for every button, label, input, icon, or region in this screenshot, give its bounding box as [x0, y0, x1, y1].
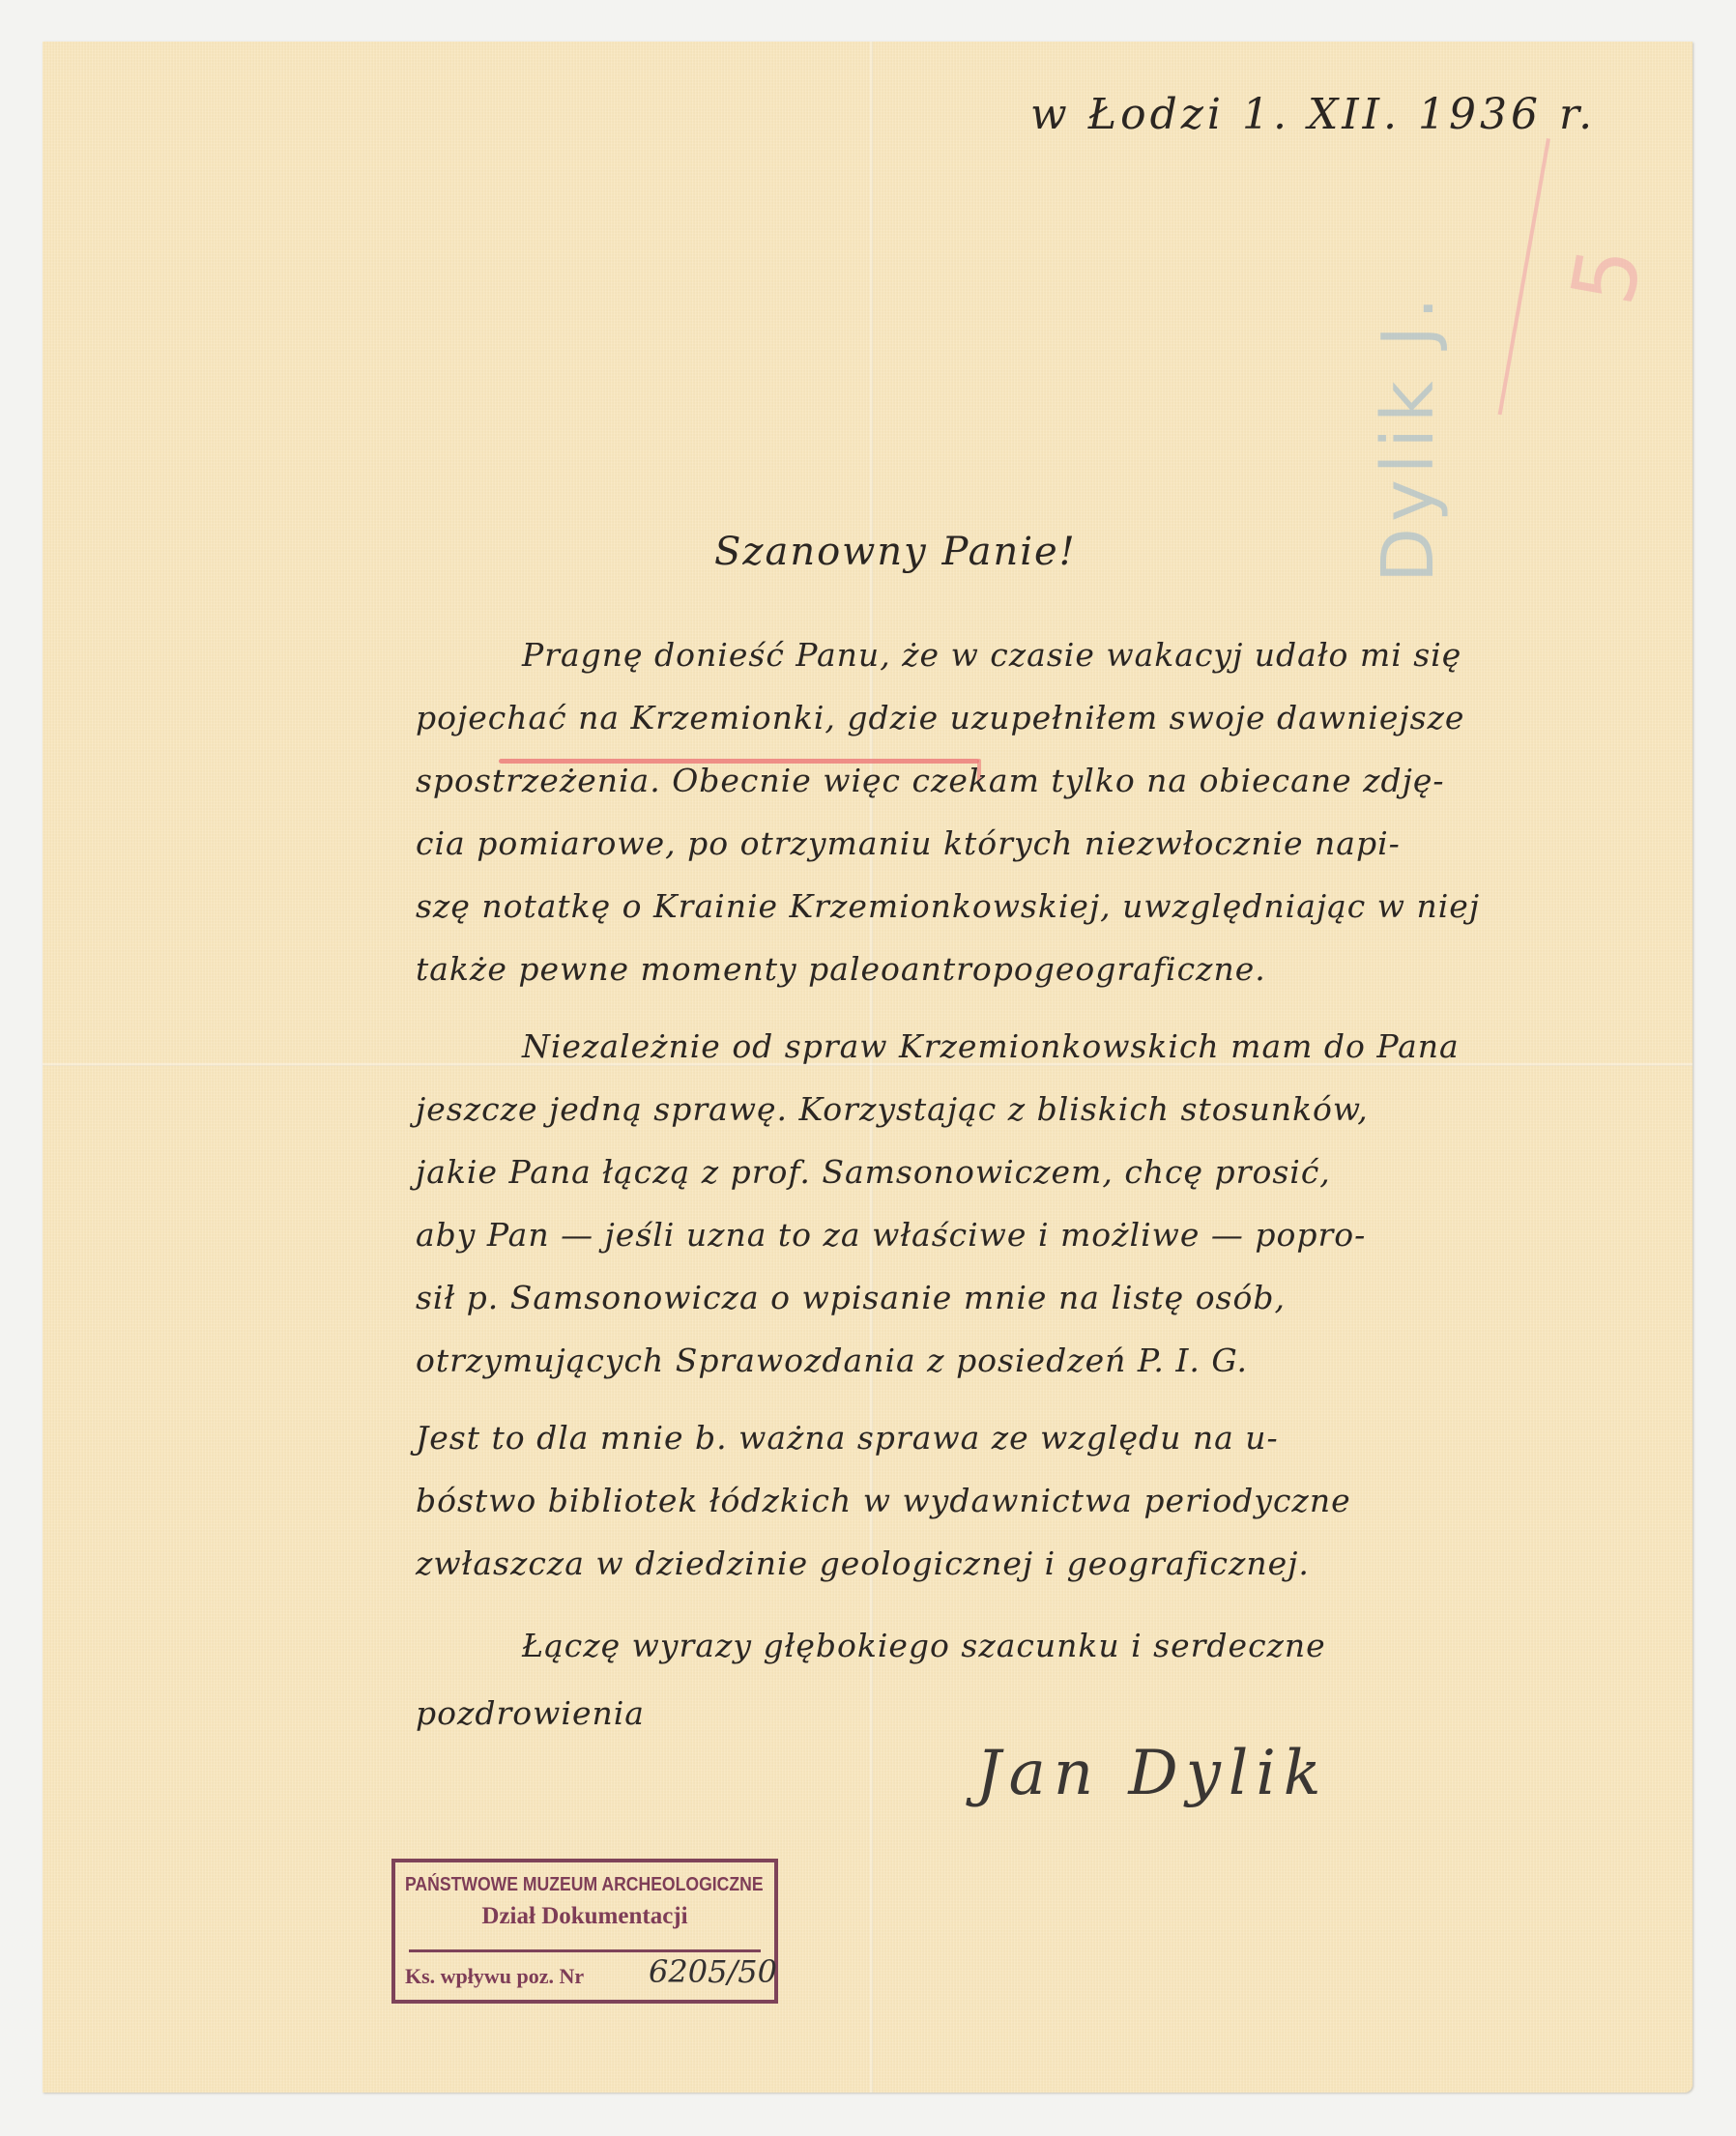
place-date: w Łodzi 1. XII. 1936 r. [1030, 90, 1596, 139]
body-line: jakie Pana łączą z prof. Samsonowiczem, … [416, 1153, 1331, 1191]
body-line: Niezależnie od spraw Krzemionkowskich ma… [522, 1027, 1460, 1065]
red-pencil-annotation: 5 [1552, 240, 1662, 312]
vertical-fold-line [870, 42, 873, 2093]
body-line: zwłaszcza w dziedzinie geologicznej i ge… [416, 1544, 1310, 1582]
closing-line: Łączę wyrazy głębokiego szacunku i serde… [522, 1627, 1326, 1664]
stamp-register-number: 6205/50 [649, 1953, 777, 1990]
body-line: cia pomiarowe, po otrzymaniu których nie… [416, 824, 1401, 862]
museum-stamp: PAŃSTWOWE MUZEUM ARCHEOLOGICZNE Dział Do… [391, 1859, 778, 2004]
body-line: sił p. Samsonowicza o wpisanie mnie na l… [416, 1279, 1286, 1316]
body-line: pojechać na Krzemionki, gdzie uzupełniłe… [416, 699, 1464, 736]
body-line: także pewne momenty paleoantropogeografi… [416, 950, 1266, 988]
body-line: jeszcze jedną sprawę. Korzystając z blis… [416, 1090, 1369, 1128]
body-line: szę notatkę o Krainie Krzemionkowskiej, … [416, 887, 1480, 925]
body-line: aby Pan — jeśli uzna to za właściwe i mo… [416, 1216, 1366, 1254]
body-line: otrzymujących Sprawozdania z posiedzeń P… [416, 1342, 1248, 1379]
body-line: Pragnę donieść Panu, że w czasie wakacyj… [522, 636, 1461, 674]
stamp-divider [409, 1949, 761, 1952]
signature: Jan Dylik [976, 1738, 1329, 1809]
red-pencil-slash [1498, 138, 1550, 415]
body-line: Jest to dla mnie b. ważna sprawa ze wzgl… [416, 1419, 1279, 1457]
closing-line: pozdrowienia [416, 1694, 645, 1732]
stamp-department: Dział Dokumentacji [395, 1903, 774, 1930]
body-line: spostrzeżenia. Obecnie więc czekam tylko… [416, 762, 1445, 799]
body-line: bóstwo bibliotek łódzkich w wydawnictwa … [416, 1482, 1351, 1519]
salutation: Szanowny Panie! [714, 530, 1077, 574]
stamp-institution: PAŃSTWOWE MUZEUM ARCHEOLOGICZNE [405, 1874, 764, 1896]
letter-page: Dylik J. 5 w Łodzi 1. XII. 1936 r. Szano… [43, 42, 1693, 2093]
stamp-register-label: Ks. wpływu poz. Nr [405, 1964, 584, 1989]
blue-pencil-annotation: Dylik J. [1367, 291, 1450, 583]
